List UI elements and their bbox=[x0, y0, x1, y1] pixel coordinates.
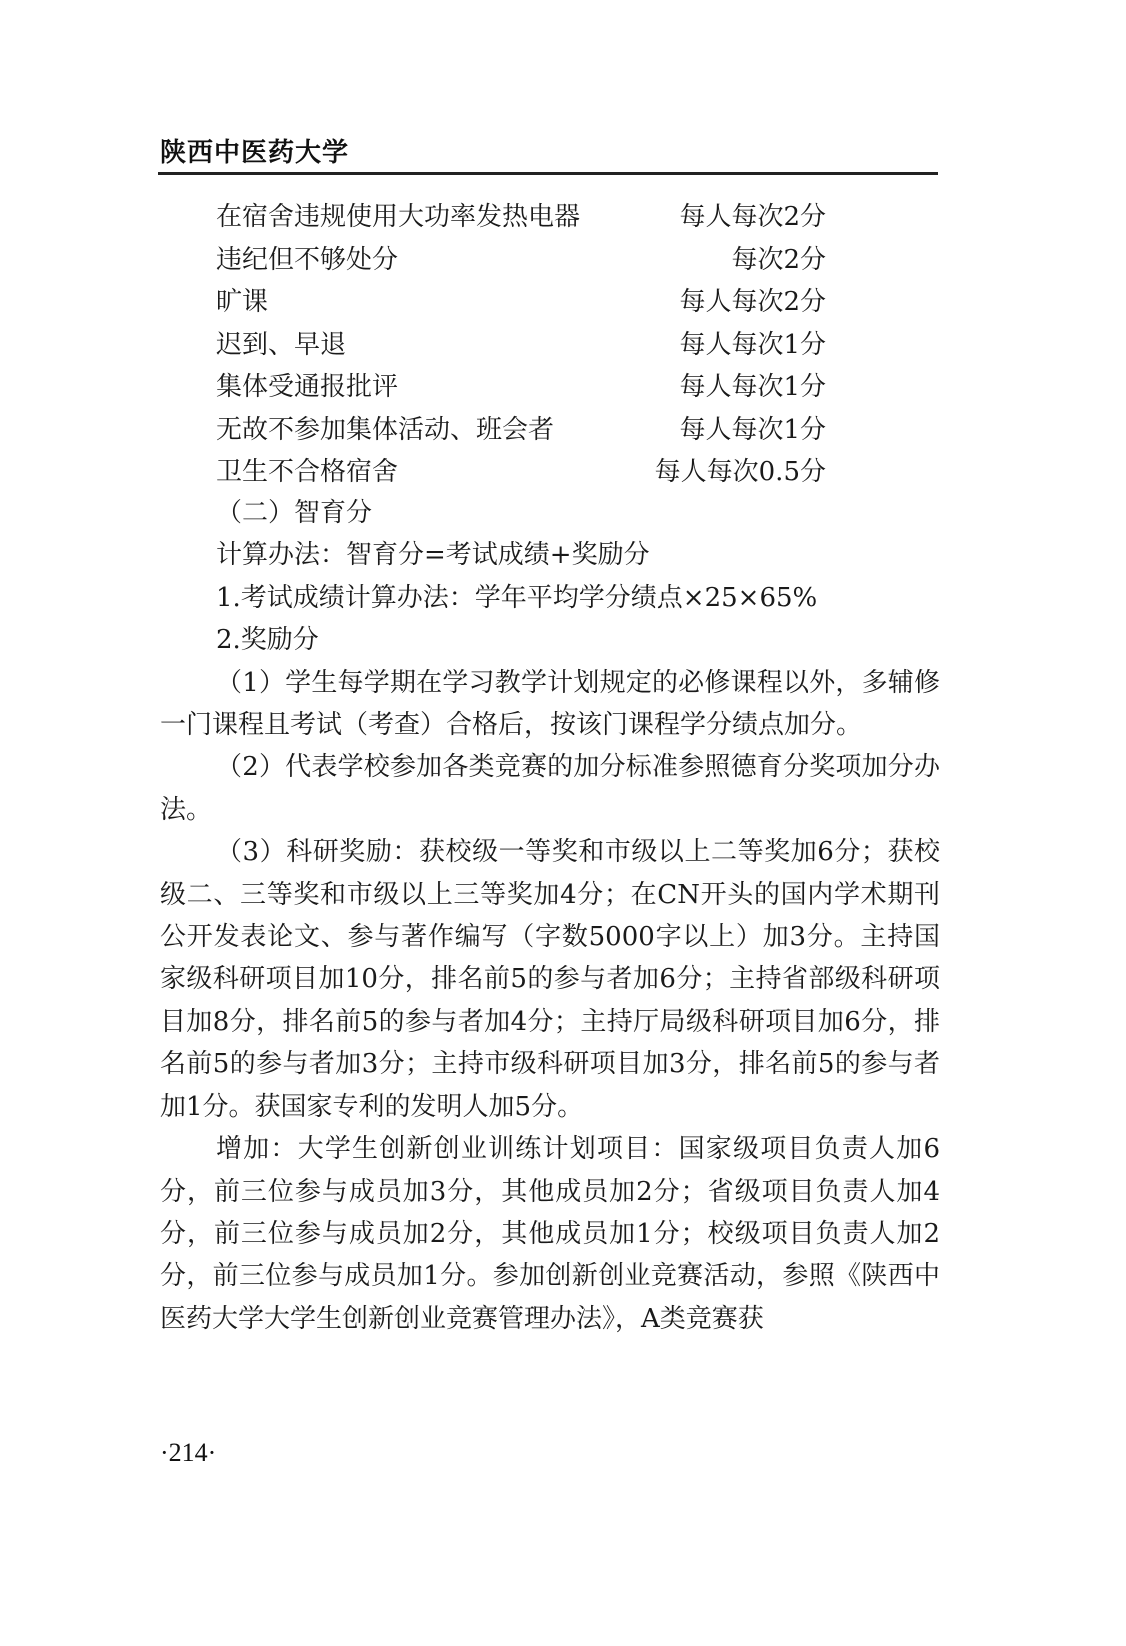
penalty-row: 违纪但不够处分 每次2分 bbox=[216, 239, 826, 282]
paragraph-innovation-projects: 增加：大学生创新创业训练计划项目：国家级项目负责人加6分，前三位参与成员加3分，… bbox=[160, 1128, 940, 1340]
penalty-item: 违纪但不够处分 bbox=[216, 239, 398, 282]
paragraph-competitions: （2）代表学校参加各类竞赛的加分标准参照德育分奖项加分办法。 bbox=[160, 746, 940, 831]
running-header-title: 陕西中医药大学 bbox=[160, 132, 349, 169]
header-divider bbox=[158, 172, 938, 175]
penalty-item: 集体受通报批评 bbox=[216, 366, 398, 409]
formula-line: 计算办法：智育分=考试成绩+奖励分 bbox=[160, 534, 940, 576]
section-heading: （二）智育分 bbox=[160, 492, 940, 534]
paragraph-research-awards: （3）科研奖励：获校级一等奖和市级以上二等奖加6分；获校级二、三等奖和市级以上三… bbox=[160, 831, 940, 1128]
penalty-row: 在宿舍违规使用大功率发热电器 每人每次2分 bbox=[216, 196, 826, 239]
penalty-row: 无故不参加集体活动、班会者 每人每次1分 bbox=[216, 409, 826, 452]
penalty-score: 每人每次1分 bbox=[679, 324, 826, 367]
penalty-table: 在宿舍违规使用大功率发热电器 每人每次2分 违纪但不够处分 每次2分 旷课 每人… bbox=[216, 196, 826, 494]
penalty-score: 每人每次2分 bbox=[679, 281, 826, 324]
penalty-item: 迟到、早退 bbox=[216, 324, 346, 367]
exam-score-method: 1.考试成绩计算办法：学年平均学分绩点×25×65% bbox=[160, 577, 940, 619]
body-text: （二）智育分 计算办法：智育分=考试成绩+奖励分 1.考试成绩计算办法：学年平均… bbox=[160, 492, 940, 1340]
penalty-row: 旷课 每人每次2分 bbox=[216, 281, 826, 324]
penalty-score: 每人每次1分 bbox=[679, 409, 826, 452]
penalty-row: 卫生不合格宿舍 每人每次0.5分 bbox=[216, 451, 826, 494]
page-number: ·214· bbox=[160, 1438, 216, 1468]
penalty-score: 每人每次0.5分 bbox=[655, 451, 826, 494]
penalty-score: 每人每次1分 bbox=[679, 366, 826, 409]
penalty-score: 每次2分 bbox=[731, 239, 826, 282]
bonus-heading: 2.奖励分 bbox=[160, 619, 940, 661]
penalty-row: 集体受通报批评 每人每次1分 bbox=[216, 366, 826, 409]
penalty-item: 无故不参加集体活动、班会者 bbox=[216, 409, 554, 452]
penalty-item: 卫生不合格宿舍 bbox=[216, 451, 398, 494]
penalty-row: 迟到、早退 每人每次1分 bbox=[216, 324, 826, 367]
penalty-score: 每人每次2分 bbox=[679, 196, 826, 239]
paragraph-elective-courses: （1）学生每学期在学习教学计划规定的必修课程以外，多辅修一门课程且考试（考查）合… bbox=[160, 662, 940, 747]
penalty-item: 在宿舍违规使用大功率发热电器 bbox=[216, 196, 580, 239]
penalty-item: 旷课 bbox=[216, 281, 268, 324]
